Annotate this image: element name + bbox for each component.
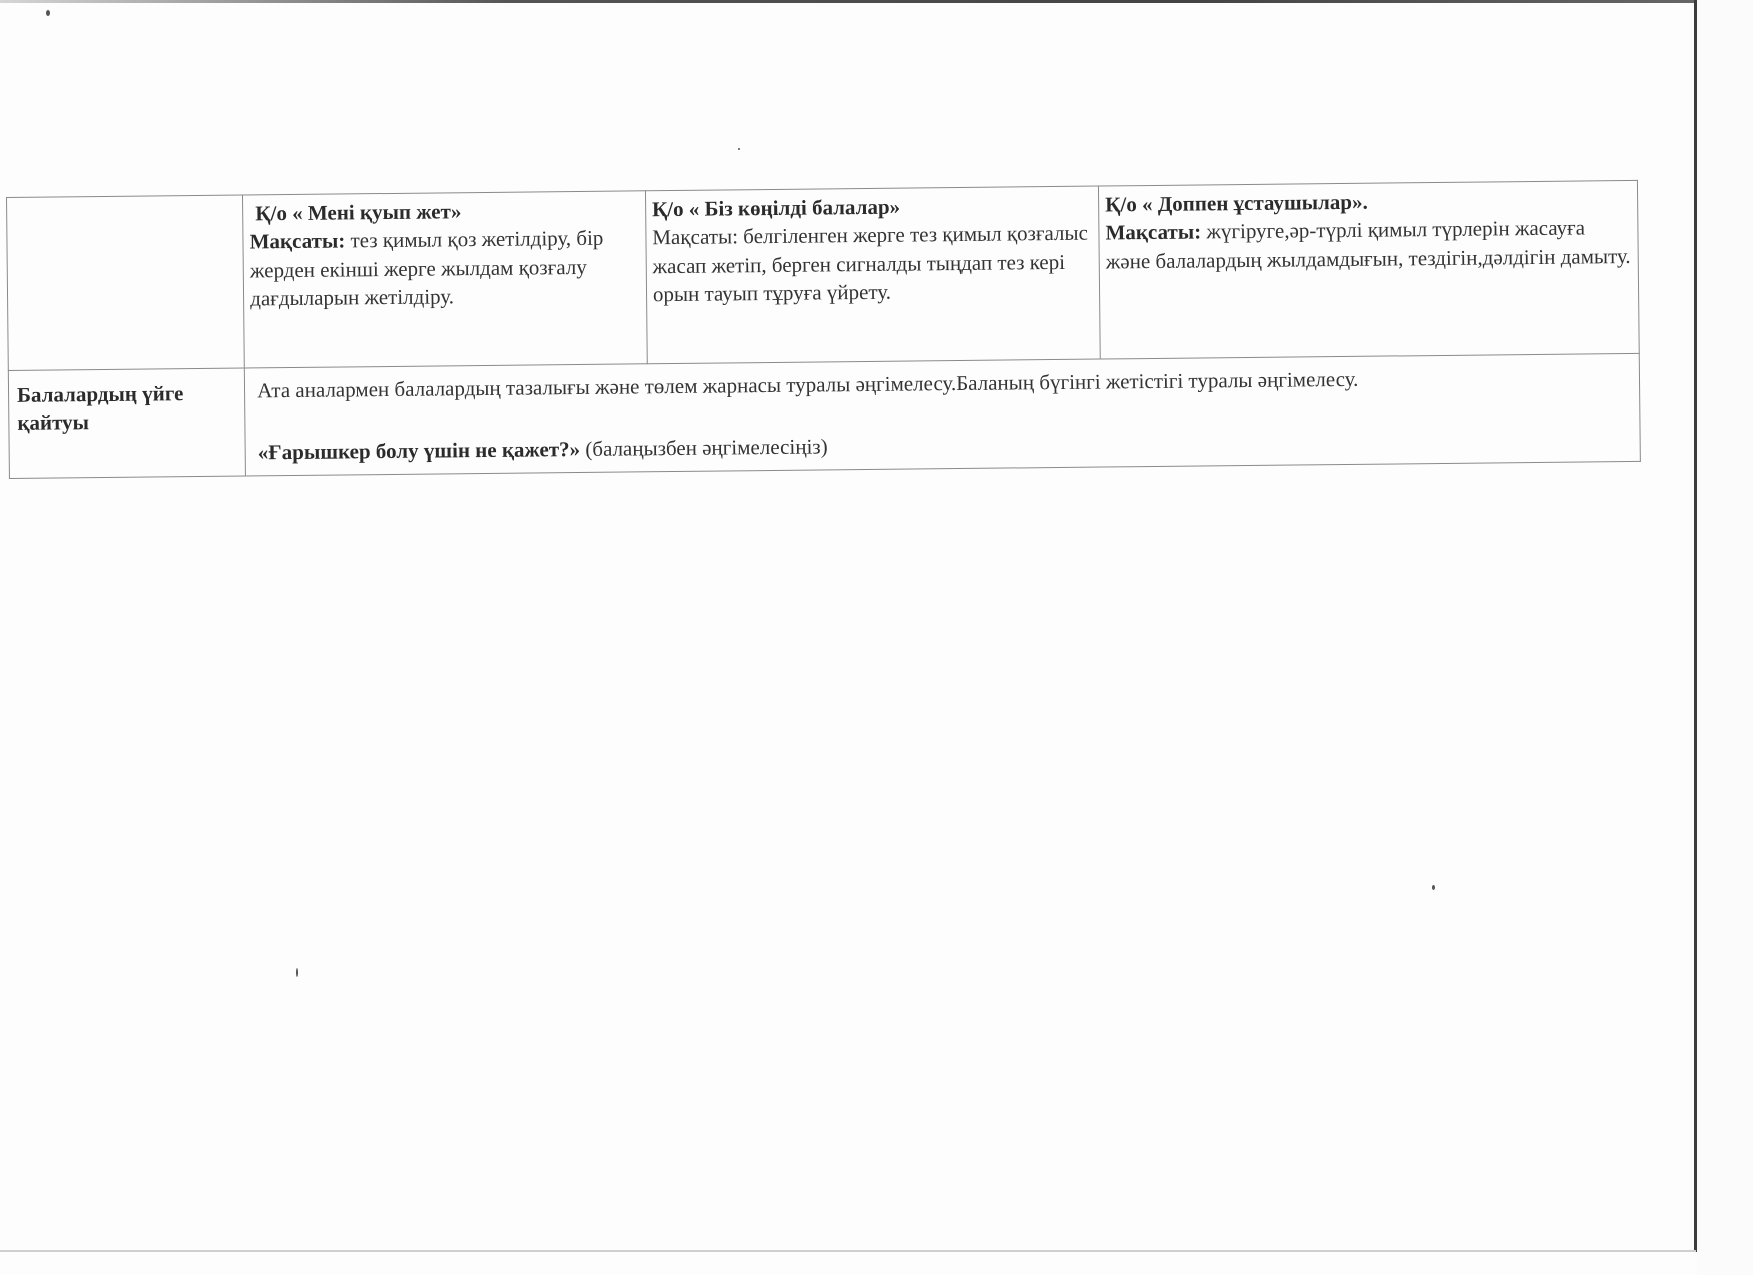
- goal-label: Мақсаты:: [250, 229, 346, 254]
- game-title: Қ/о « Біз көңілді балалар»: [652, 191, 1093, 224]
- scanner-margin: [1697, 0, 1753, 1275]
- goal-label: Мақсаты:: [1105, 220, 1201, 245]
- game-cell-2: Қ/о « Біз көңілді балалар» Мақсаты: белг…: [645, 186, 1100, 364]
- game-title: Қ/о « Доппен ұстаушылар».: [1105, 185, 1631, 219]
- table-row-outdoor-games: Қ/о « Мені қуып жет» Мақсаты: тез қимыл …: [7, 180, 1640, 370]
- parents-conversation-text: Ата аналармен балалардың тазалығы және т…: [257, 367, 1358, 403]
- daily-plan-table: Қ/о « Мені қуып жет» Мақсаты: тез қимыл …: [6, 180, 1641, 479]
- scan-speck: [46, 10, 50, 16]
- scan-edge-right: [1694, 0, 1697, 1252]
- home-question: «Ғарышкер болу үшін не қажет?» (балаңызб…: [258, 424, 1634, 467]
- plan-table-sheet: Қ/о « Мені қуып жет» Мақсаты: тез қимыл …: [6, 180, 1641, 479]
- row-label-cell: [7, 195, 245, 370]
- scan-speck: [1432, 885, 1435, 890]
- going-home-cell: Ата аналармен балалардың тазалығы және т…: [244, 353, 1640, 475]
- scan-edge-bottom: [0, 1250, 1696, 1252]
- game-title: Қ/о « Мені қуып жет»: [249, 195, 639, 227]
- game-cell-3: Қ/о « Доппен ұстаушылар». Мақсаты: жүгір…: [1099, 180, 1640, 359]
- table-row-going-home: Балалардың үйге қайтуы Ата аналармен бал…: [8, 353, 1640, 478]
- goal-label: Мақсаты:: [652, 225, 738, 250]
- home-question-title: «Ғарышкер болу үшін не қажет?»: [258, 437, 580, 464]
- scan-speck: [296, 968, 298, 977]
- row-label-going-home: Балалардың үйге қайтуы: [8, 368, 245, 478]
- scan-edge-top: [0, 0, 1696, 3]
- home-question-note: (балаңызбен әңгімелесіңіз): [580, 435, 828, 462]
- game-cell-1: Қ/о « Мені қуып жет» Мақсаты: тез қимыл …: [243, 191, 647, 368]
- scan-speck: [738, 148, 740, 150]
